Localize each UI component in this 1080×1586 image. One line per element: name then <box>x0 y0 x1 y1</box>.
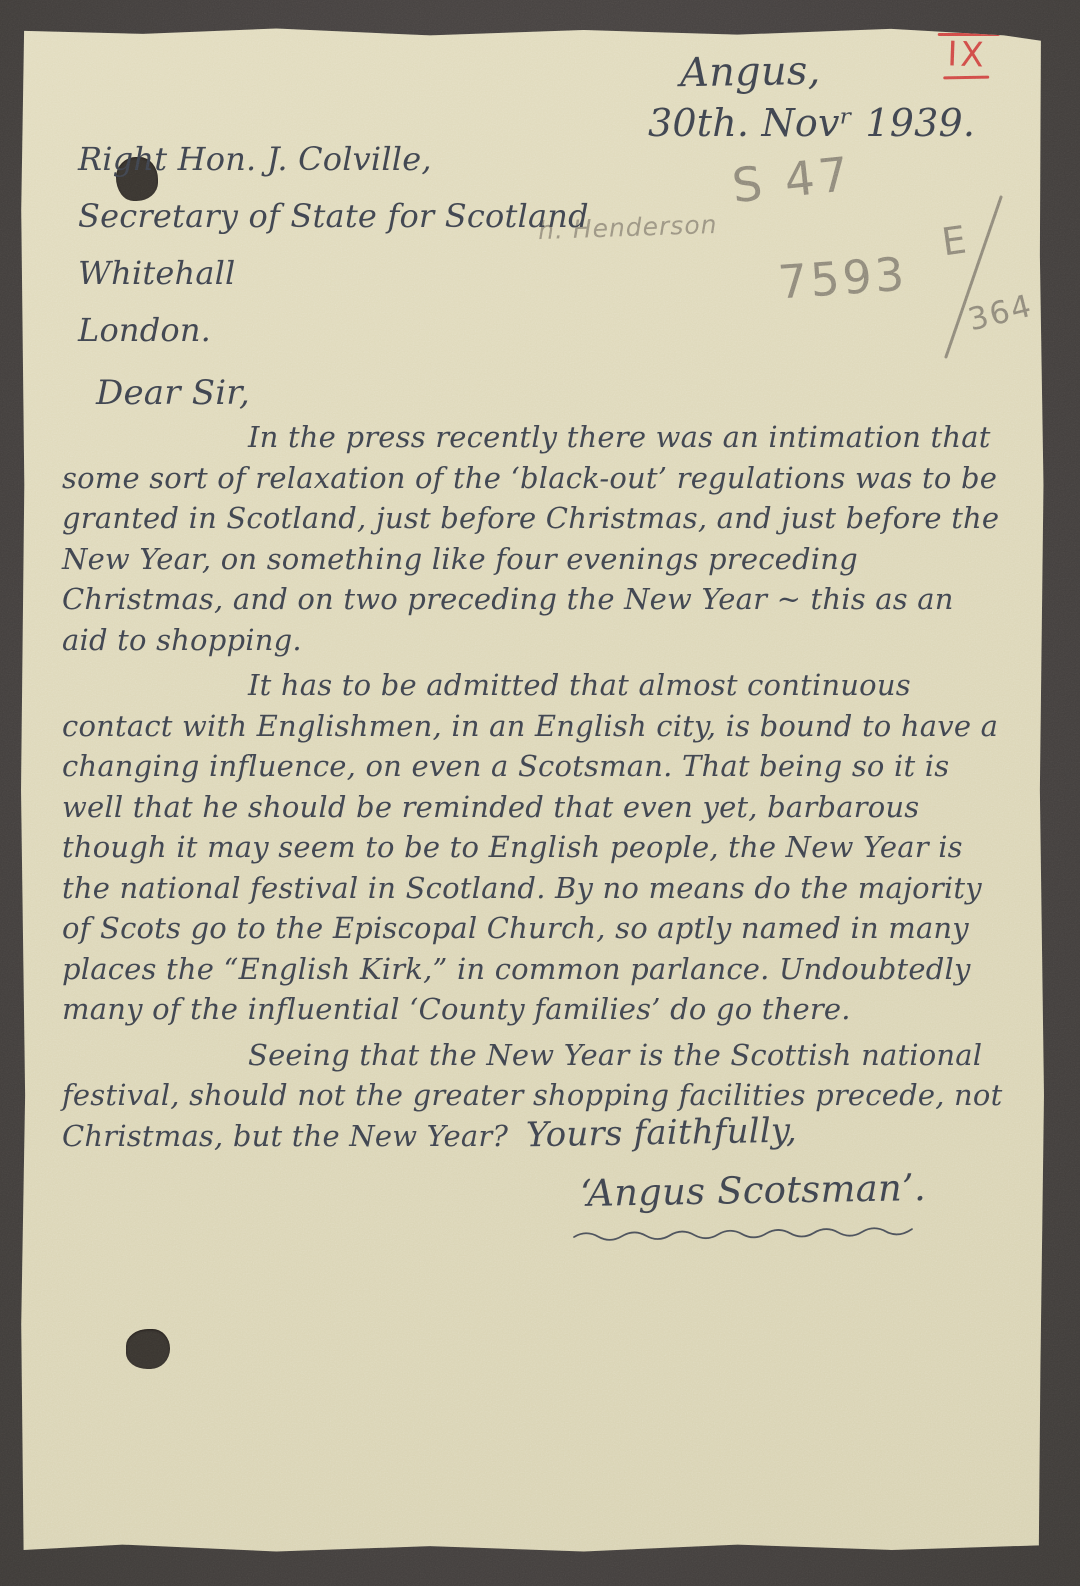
pencil-ref-code: S 47 <box>729 147 855 214</box>
pencil-ref-folio: 364 <box>965 288 1037 339</box>
letter-place: Angus, <box>680 48 821 96</box>
letter-body: In the press recently there was an intim… <box>62 417 1008 1161</box>
closing: Yours faithfully, <box>526 1111 797 1156</box>
recipient-line-3: Whitehall <box>78 245 589 302</box>
salutation: Dear Sir, <box>96 373 250 413</box>
paragraph-2: It has to be admitted that almost contin… <box>62 665 1008 1030</box>
pencil-ref-letter: E <box>939 218 969 265</box>
scanned-letter-page: IX Angus, 30th. Novʳ 1939. h. Henderson … <box>0 0 1080 1586</box>
red-classification-mark: IX <box>934 32 1000 80</box>
red-mark-overline <box>938 33 1000 36</box>
paragraph-1: In the press recently there was an intim… <box>62 417 1008 660</box>
red-mark-underline <box>943 76 989 80</box>
recipient-line-1: Right Hon. J. Colville, <box>78 131 589 188</box>
punch-hole-bottom <box>126 1329 170 1369</box>
recipient-address: Right Hon. J. Colville, Secretary of Sta… <box>78 131 589 359</box>
pencil-ref-number: 7593 <box>776 247 909 310</box>
recipient-line-4: London. <box>78 302 589 359</box>
signature: ‘Angus Scotsman’. <box>580 1166 927 1215</box>
letter-date: 30th. Novʳ 1939. <box>648 101 975 145</box>
red-mark-text: IX <box>934 37 999 73</box>
recipient-line-2: Secretary of State for Scotland <box>78 188 589 245</box>
paper-sheet: IX Angus, 30th. Novʳ 1939. h. Henderson … <box>20 27 1045 1553</box>
signature-flourish-underline <box>572 1222 918 1244</box>
